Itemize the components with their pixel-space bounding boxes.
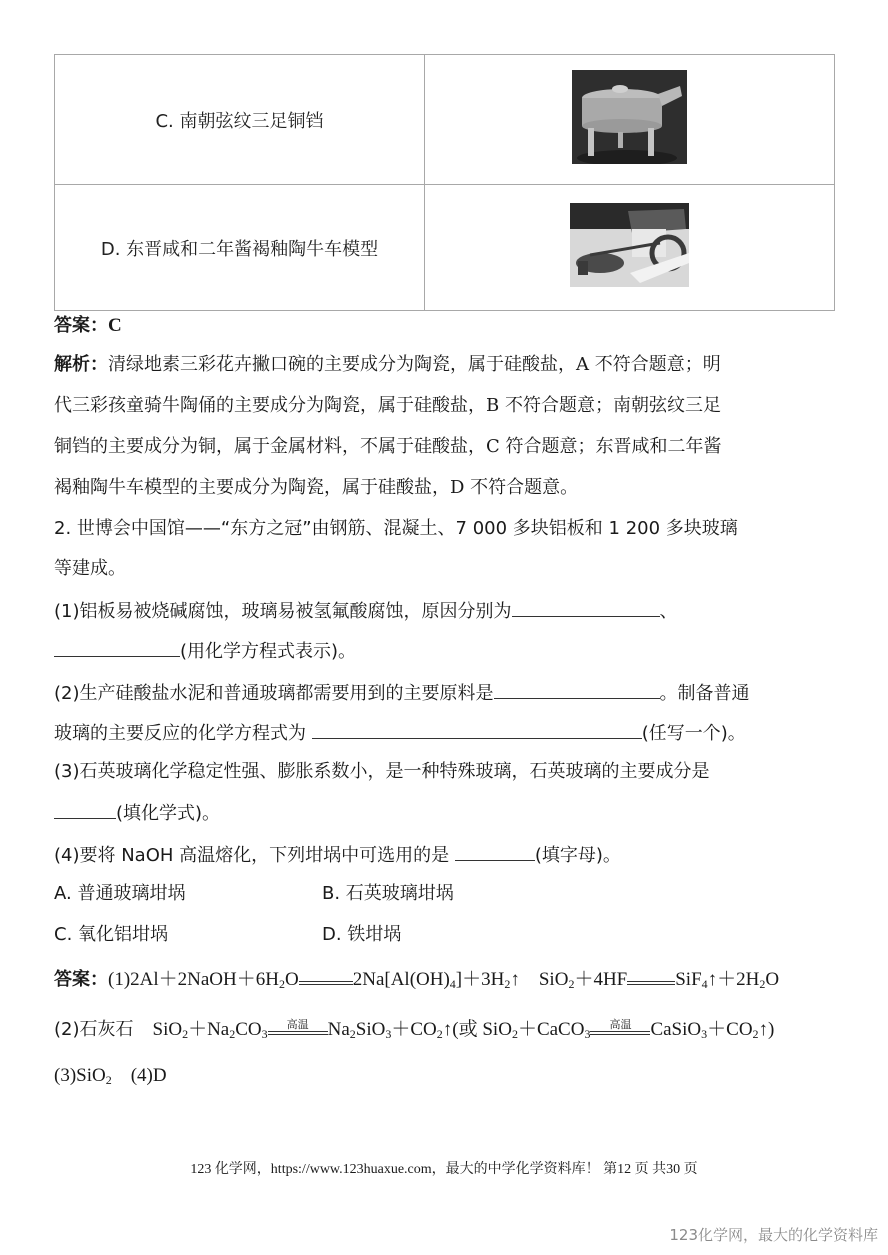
q1-analysis-line-2: 代三彩孩童骑牛陶俑的主要成分为陶瓷，属于硅酸盐，B 不符合题意；南朝弦纹三足 [54, 394, 721, 418]
option-a: A. 普通玻璃坩埚 [54, 882, 185, 906]
page-footer: 123 化学网，https://www.123huaxue.com，最大的中学化… [0, 1158, 888, 1178]
q2-part4-line-1: (4)要将 NaOH 高温熔化，下列坩埚中可选用的是 (填字母)。 [54, 842, 621, 868]
q2-answer-line-3: (3)SiO2 (4)D [54, 1064, 167, 1088]
option-d-label: D. 东晋咸和二年酱褐釉陶牛车模型 [55, 185, 425, 311]
q2-answer-line-2: (2)石灰石 SiO2＋Na2CO3高温Na2SiO3＋CO2↑(或 SiO2＋… [54, 1018, 774, 1042]
q1-answer: 答案：C [54, 314, 122, 338]
equals-sign [627, 977, 675, 985]
option-b: B. 石英玻璃坩埚 [322, 882, 454, 906]
answer-blank[interactable] [54, 800, 116, 819]
q2-stem-line-1: 2. 世博会中国馆——“东方之冠”由钢筋、混凝土、7 000 多块铝板和 1 2… [54, 517, 738, 541]
q1-analysis-line-4: 褐釉陶牛车模型的主要成分为陶瓷，属于硅酸盐，D 不符合题意。 [54, 476, 578, 500]
high-temp-equals-sign: 高温 [268, 1027, 328, 1035]
q2-part2-line-2: 玻璃的主要反应的化学方程式为 (任写一个)。 [54, 720, 746, 746]
answer-blank[interactable] [455, 842, 535, 861]
q2-part3-line-2: (填化学式)。 [54, 800, 220, 826]
ox-cart-model-image [570, 203, 689, 292]
answer-blank[interactable] [494, 680, 660, 699]
q2-part3-line-1: (3)石英玻璃化学稳定性强、膨胀系数小，是一种特殊玻璃，石英玻璃的主要成分是 [54, 760, 710, 784]
q2-part1-line-2: (用化学方程式表示)。 [54, 638, 356, 664]
option-c: C. 氧化铝坩埚 [54, 923, 168, 947]
high-temp-equals-sign: 高温 [590, 1027, 650, 1035]
q2-stem-line-2: 等建成。 [54, 557, 126, 581]
option-c-label: C. 南朝弦纹三足铜铛 [55, 55, 425, 185]
q2-answer-line-1: 答案：(1)2Al＋2NaOH＋6H2O2Na[Al(OH)4]＋3H2↑ Si… [54, 968, 779, 992]
q1-analysis-line-1: 解析：清绿地素三彩花卉撇口碗的主要成分为陶瓷，属于硅酸盐，A 不符合题意；明 [54, 353, 721, 377]
option-d: D. 铁坩埚 [322, 923, 401, 947]
answer-blank[interactable] [54, 638, 180, 657]
table-row: D. 东晋咸和二年酱褐釉陶牛车模型 [55, 185, 835, 311]
table-row: C. 南朝弦纹三足铜铛 [55, 55, 835, 185]
bronze-tripod-pot-image [572, 70, 687, 169]
equals-sign [299, 977, 353, 985]
q2-part2-line-1: (2)生产硅酸盐水泥和普通玻璃都需要用到的主要原料是。制备普通 [54, 680, 750, 706]
answer-blank[interactable] [312, 720, 642, 739]
answer-blank[interactable] [512, 598, 660, 617]
q1-analysis-line-3: 铜铛的主要成分为铜，属于金属材料，不属于硅酸盐，C 符合题意；东晋咸和二年酱 [54, 435, 722, 459]
q2-part1-line-1: (1)铝板易被烧碱腐蚀，玻璃易被氢氟酸腐蚀，原因分别为、 [54, 598, 678, 624]
options-table: C. 南朝弦纹三足铜铛 D. 东晋咸和二年酱褐釉陶牛车模型 [54, 54, 835, 311]
watermark: 123化学网，最大的化学资料库 [669, 1224, 878, 1245]
